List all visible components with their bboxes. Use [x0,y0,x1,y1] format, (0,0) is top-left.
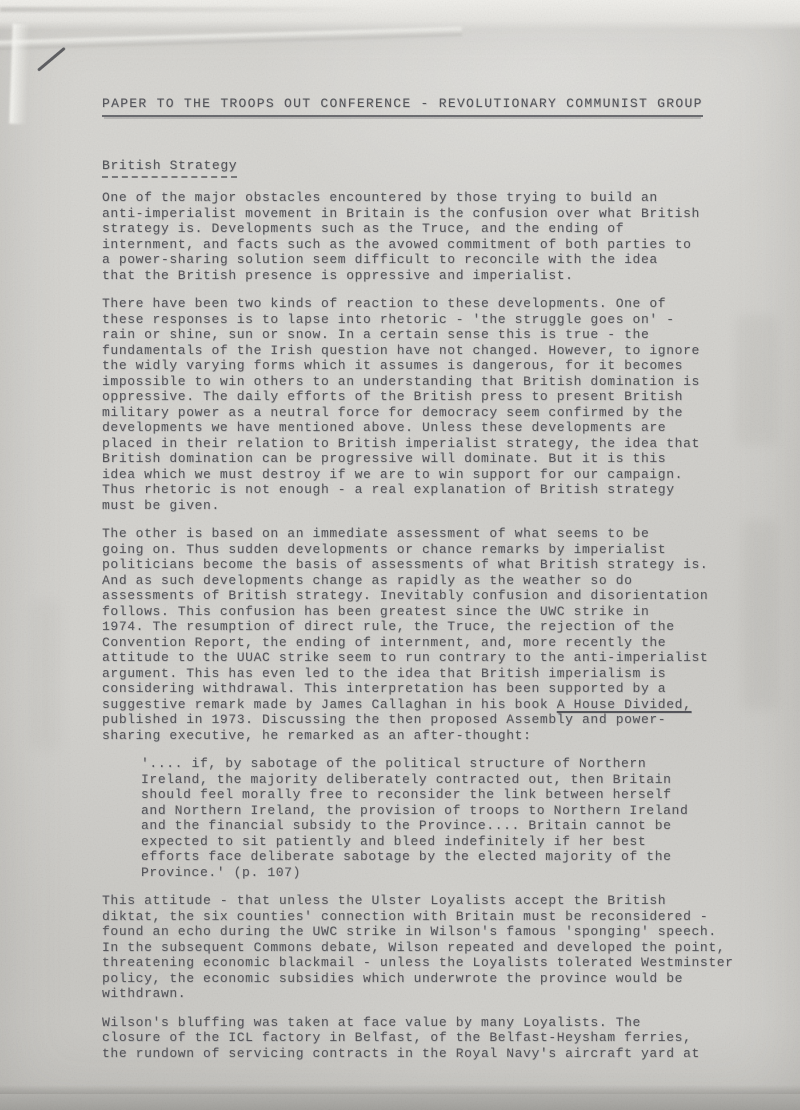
section-heading: British Strategy [102,158,237,178]
scanned-page: PAPER TO THE TROOPS OUT CONFERENCE - REV… [0,0,800,1110]
document-title: PAPER TO THE TROOPS OUT CONFERENCE - REV… [102,96,703,117]
paragraph: One of the major obstacles encountered b… [102,190,752,283]
paragraph: This attitude - that unless the Ulster L… [102,893,752,1002]
page-bottom-edge [0,1094,800,1110]
print-through-smudge [742,520,778,710]
paper-edge-highlight [9,24,29,125]
document-body: One of the major obstacles encountered b… [102,190,752,1074]
print-through-smudge [30,600,60,750]
pen-mark [37,47,66,72]
paper-crease [0,27,462,50]
paragraph: The other is based on an immediate asses… [102,526,752,743]
paragraph: Wilson's bluffing was taken at face valu… [102,1015,752,1062]
paragraph: There have been two kinds of reaction to… [102,296,752,513]
print-through-smudge [736,315,778,445]
book-title-underlined: A House Divided, [557,697,692,712]
scan-streak [0,7,430,12]
quote-block: '.... if, by sabotage of the political s… [141,756,752,880]
text-segment: suggestive remark made by James Callagha… [102,697,557,712]
page-top-edge [0,0,800,30]
page-bottom-shadow [0,1085,800,1094]
